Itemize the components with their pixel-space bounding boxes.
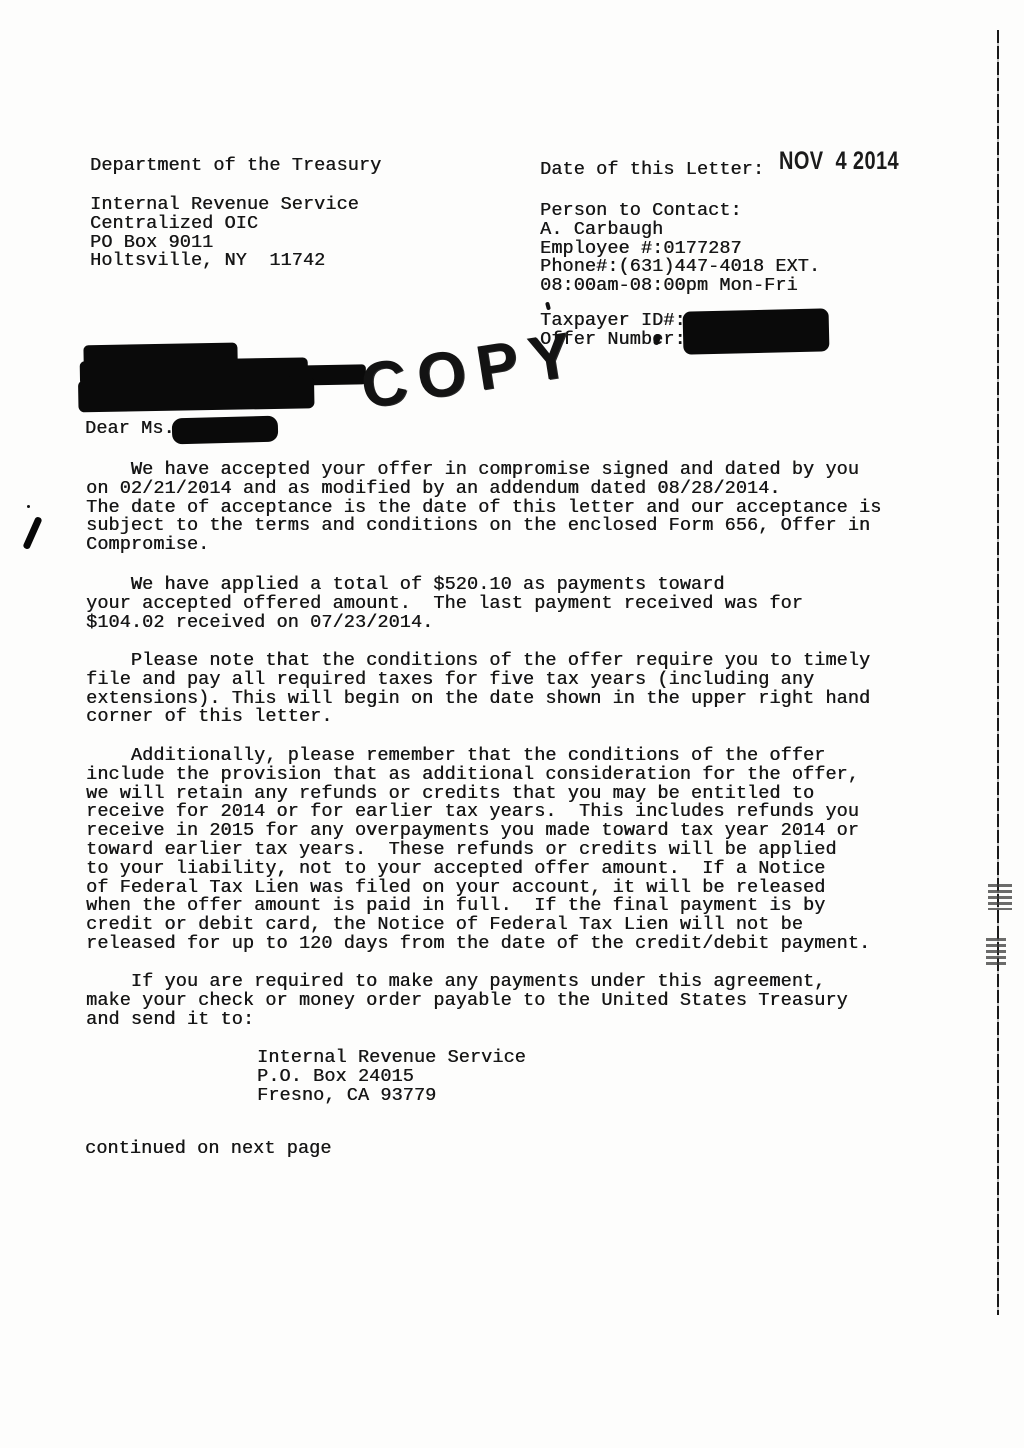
- scan-artifact-smudge: [988, 884, 1012, 910]
- body-paragraph-3: Please note that the conditions of the o…: [86, 652, 870, 727]
- date-of-letter-label: Date of this Letter:: [540, 161, 764, 180]
- sender-address: Internal Revenue Service Centralized OIC…: [90, 196, 359, 271]
- salutation: Dear Ms.: [85, 420, 175, 439]
- body-paragraph-1: We have accepted your offer in compromis…: [86, 461, 881, 555]
- scan-artifact-smudge: [986, 938, 1006, 968]
- body-paragraph-5: If you are required to make any payments…: [86, 973, 848, 1029]
- pen-mark: [22, 516, 42, 550]
- scan-artifact-vertical-line: [997, 30, 999, 1315]
- letter-page: Department of the Treasury Internal Reve…: [0, 0, 1024, 1448]
- ink-speck: [545, 302, 551, 311]
- continued-note: continued on next page: [85, 1140, 331, 1159]
- ink-speck: [27, 505, 30, 508]
- sender-department: Department of the Treasury: [90, 157, 381, 176]
- copy-stamp: COPY: [356, 317, 587, 423]
- contact-block: Person to Contact: A. Carbaugh Employee …: [540, 202, 820, 296]
- salutation-name-redaction-block: [172, 416, 279, 445]
- body-paragraph-4: Additionally, please remember that the c…: [86, 747, 870, 954]
- body-paragraph-2: We have applied a total of $520.10 as pa…: [86, 576, 803, 632]
- date-received-stamp: NOV 4 2014: [779, 147, 899, 176]
- payment-mailing-address: Internal Revenue Service P.O. Box 24015 …: [257, 1049, 526, 1105]
- taxpayer-values-redaction-block: [683, 308, 830, 354]
